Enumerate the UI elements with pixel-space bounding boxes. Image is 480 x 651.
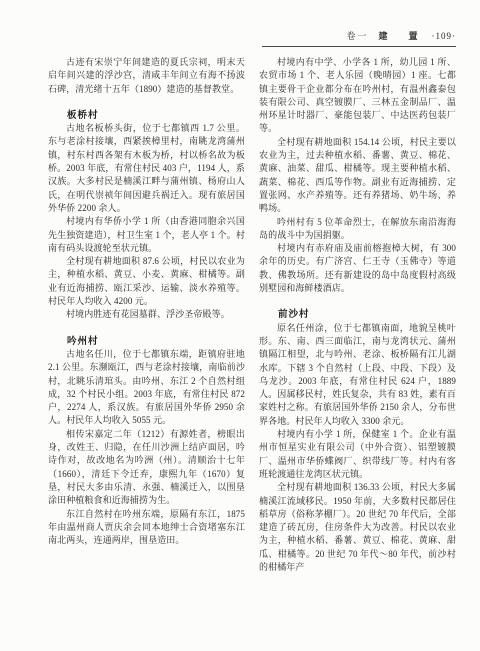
village-heading: 板桥村 <box>48 109 245 122</box>
paragraph: 原名任州涂，位于七都镇南面，地貌呈桃叶形。东、南、西三面临江，南与龙湾状元、蒲州… <box>259 322 456 428</box>
paragraph: 村境内有中学、小学各 1 所，幼儿园 1 所、农贸市场 1 个、老人乐园（晚晴园… <box>259 56 456 136</box>
paragraph: 全村现有耕地面积 136.33 公顷，村民大多属楠溪江流域移民。1950 年前，… <box>259 481 456 574</box>
paragraph: 古地名板桥头街，位于七都镇西 1.7 公里。东与老涂村接壤，西紧挨樟里村，南眺龙… <box>48 122 245 215</box>
chapter-label: 卷一 <box>346 30 368 42</box>
page-content: 卷一 建 置 ·109· 古迹有宋崇宁年间建造的夏氏宗祠，明末天启年间兴建的浮沙… <box>48 30 456 574</box>
village-heading: 吟州村 <box>48 335 245 348</box>
section-label: 建 置 <box>378 30 423 42</box>
paragraph: 古地名任川，位于七都镇东端，距镇府驻地 2.1 公里。东濒瓯江，西与老涂村接壤，… <box>48 348 245 428</box>
book-page: 卷一 建 置 ·109· 古迹有宋崇宁年间建造的夏氏宗祠，明末天启年间兴建的浮沙… <box>0 0 480 651</box>
left-column: 古迹有宋崇宁年间建造的夏氏宗祠，明末天启年间兴建的浮沙宫，清咸丰年间立有海不扬波… <box>48 56 245 574</box>
paragraph: 村境内有华侨小学 1 所（由香港同胞余兴国先生独资建造），村卫生室 1 个，老人… <box>48 215 245 255</box>
village-heading: 前沙村 <box>259 308 456 321</box>
paragraph: 村境内有小学 1 所，保健室 1 个。企业有温州市恒星实业有限公司（中外合资）、… <box>259 428 456 481</box>
page-number: ·109· <box>432 30 457 42</box>
paragraph: 东江自然村在吟州东端，原隔有东江，1875 年由温州商人贾庆余会同本地绅士合资堵… <box>48 508 245 548</box>
paragraph: 吟州村有 5 位革命烈士，在解放东南沿海海岛的战斗中为国捐躯。 <box>259 216 456 243</box>
page-header: 卷一 建 置 ·109· <box>48 30 456 42</box>
paragraph: 村境内胜迹有花园墓群、浮沙圣帝殿等。 <box>48 308 245 321</box>
paragraph: 全村现有耕地面积 87.6 公顷，村民以农业为主，种植水稻、黄豆、小麦、黄麻、柑… <box>48 255 245 308</box>
right-column: 村境内有中学、小学各 1 所，幼儿园 1 所、农贸市场 1 个、老人乐园（晚晴园… <box>259 56 456 574</box>
header-rule <box>262 46 456 47</box>
text-columns: 古迹有宋崇宁年间建造的夏氏宗祠，明末天启年间兴建的浮沙宫，清咸丰年间立有海不扬波… <box>48 56 456 574</box>
paragraph: 古迹有宋崇宁年间建造的夏氏宗祠，明末天启年间兴建的浮沙宫，清咸丰年间立有海不扬波… <box>48 56 245 96</box>
paragraph: 相传宋嘉定二年（1212）有源姓者，榜眼出身，改姓王、归隐，在任川沙洲上结庐面居… <box>48 428 245 508</box>
paragraph: 村境内有赤府庙及庙前榕抱樟大树，有 300 余年的历史。有广济宫、仁王寺（玉佛寺… <box>259 242 456 295</box>
paragraph: 全村现有耕地面积 154.14 公顷，村民主要以农业为主，过去种植水稻、番薯、黄… <box>259 136 456 216</box>
